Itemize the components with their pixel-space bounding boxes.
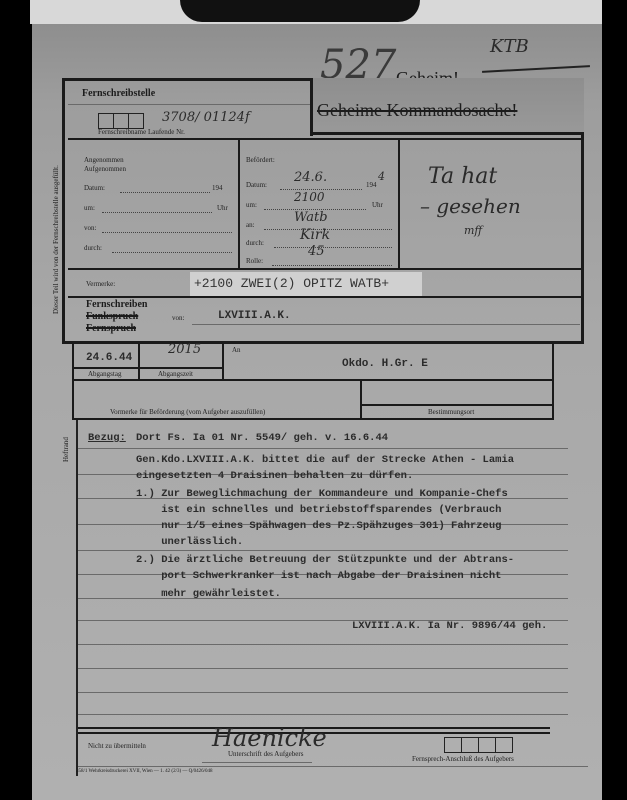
befoerdert-datum: 24.6. <box>294 170 327 185</box>
angenommen-von-field[interactable] <box>102 232 232 233</box>
ktb-mark: KTB <box>490 36 529 57</box>
classification-struck-overlay: Geheime Kommandosache! <box>317 100 517 121</box>
an-label: An <box>232 346 241 354</box>
binder-clip <box>180 0 420 22</box>
side-note: Dieser Teil wird von der Fernschreibstel… <box>52 165 60 314</box>
fernschreibstelle-title: Fernschreibstelle <box>82 88 155 99</box>
angenommen-label: Angenommen <box>84 156 124 164</box>
von-value: LXVIII.A.K. <box>218 310 291 322</box>
teletype-strip: +2100 ZWEI(2) OPITZ WATB+ <box>190 272 422 296</box>
befoerdert-durch: Kirk <box>300 227 330 243</box>
bezug-text: Dort Fs. Ia 01 Nr. 5549/ geh. v. 16.6.44 <box>136 432 388 444</box>
body-line: port Schwerkranker ist nach Abgabe der D… <box>136 570 501 582</box>
note-initials: mff <box>464 224 482 237</box>
abgangstag-label: Abgangstag <box>88 370 121 378</box>
angenommen-durch-field[interactable] <box>112 252 232 253</box>
numbers-caption: Fernschreibname Laufende Nr. <box>98 128 185 136</box>
befoerdert-um: 2100 <box>294 190 325 204</box>
laufende-nr: 3708/ 01124f <box>162 110 250 125</box>
body-line: mehr gewährleistet. <box>136 588 281 600</box>
vormerke-label: Vormerke für Beförderung (vom Aufgeber a… <box>110 408 265 416</box>
note-line2: – gesehen <box>420 194 521 218</box>
befoerdert-an: Watb <box>294 210 328 225</box>
befoerdert-rolle: 45 <box>308 244 325 259</box>
an-value: Okdo. H.Gr. E <box>342 358 428 370</box>
telegram-form: 527 Geheim! KTB Geheime Kommandosache! D… <box>32 24 602 800</box>
abgangszeit-label: Abgangszeit <box>158 370 193 378</box>
bezug-label: Bezug: <box>88 432 126 444</box>
body-line: Gen.Kdo.LXVIII.A.K. bittet die auf der S… <box>136 454 514 466</box>
body-line: 2.) Die ärztliche Betreuung der Stützpun… <box>136 554 514 566</box>
abgangstag-value: 24.6.44 <box>86 352 132 364</box>
body-line: eingesetzten 4 Draisinen behalten zu dür… <box>136 470 413 482</box>
fernsprech-boxes <box>444 736 512 754</box>
signature: Haenicke <box>212 724 327 752</box>
body-line: ist ein schnelles und betriebstoffsparen… <box>136 504 501 516</box>
note-line1: Ta hat <box>428 164 497 189</box>
funkspruch-struck: Funkspruch <box>86 311 138 322</box>
body-line: nur 1/5 eines Spähwagen des Pz.Spähzuges… <box>136 520 501 532</box>
nicht-uebermitteln-label: Nicht zu übermitteln <box>88 742 146 750</box>
angenommen-datum-field[interactable] <box>120 192 210 193</box>
heftrand-label: Heftrand <box>62 437 70 462</box>
angenommen-um-field[interactable] <box>102 212 212 213</box>
fernschreiben-label: Fernschreiben <box>86 299 147 310</box>
fernsprech-label: Fernsprech-Anschluß des Aufgebers <box>412 755 514 763</box>
abgangszeit-value: 2015 <box>168 342 201 357</box>
vermerke-label: Vermerke: <box>86 280 115 288</box>
bestimmungsort-label: Bestimmungsort <box>428 408 474 416</box>
body-line: 1.) Zur Beweglichmachung der Kommandeure… <box>136 488 508 500</box>
fernspruch-struck: Fernspruch <box>86 323 136 334</box>
ktb-underline <box>482 65 590 73</box>
reference-number: LXVIII.A.K. Ia Nr. 9896/44 geh. <box>352 620 547 632</box>
body-line: unerlässlich. <box>136 536 243 548</box>
aufgenommen-label: Aufgenommen <box>84 165 126 173</box>
print-line: 358/1 Wehrkreisdruckerei XVII, Wien — 1.… <box>76 769 213 774</box>
befoerdert-label: Befördert: <box>246 156 275 164</box>
unterschrift-label: Unterschrift des Aufgebers <box>228 750 303 758</box>
